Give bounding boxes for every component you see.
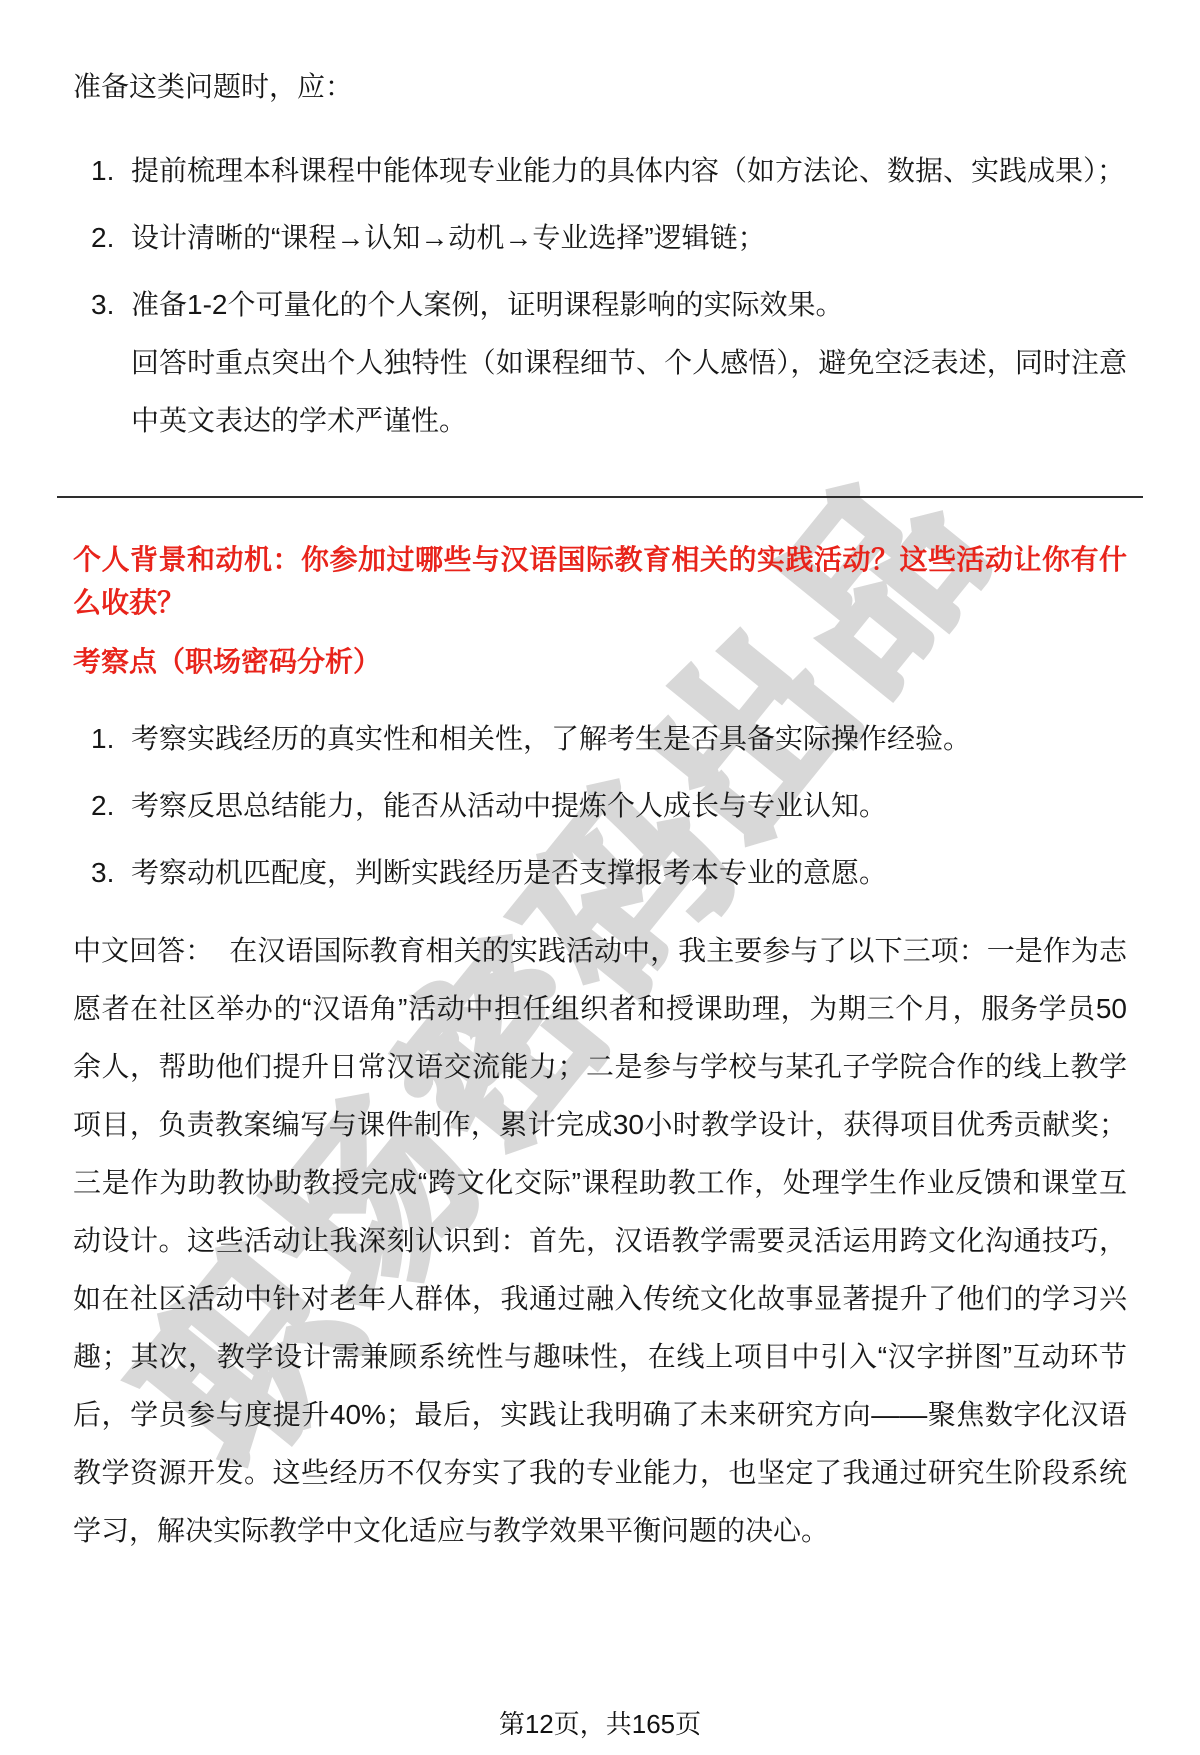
answer-paragraph: 中文回答：在汉语国际教育相关的实践活动中，我主要参与了以下三项：一是作为志愿者在… xyxy=(73,922,1127,1560)
item-text: 考察实践经历的真实性和相关性，了解考生是否具备实际操作经验。 xyxy=(131,710,1127,768)
exam-point-1: 1. 考察实践经历的真实性和相关性，了解考生是否具备实际操作经验。 xyxy=(73,710,1127,768)
prep-list-item-3: 3. 准备1-2个可量化的个人案例，证明课程影响的实际效果。 回答时重点突出个人… xyxy=(73,276,1127,450)
item-note: 回答时重点突出个人独特性（如课程细节、个人感悟），避免空泛表述，同时注意中英文表… xyxy=(131,334,1127,450)
page-number-footer: 第12页，共165页 xyxy=(0,1704,1200,1741)
item-text: 设计清晰的“课程→认知→动机→专业选择”逻辑链； xyxy=(131,209,1127,267)
section-divider xyxy=(57,496,1143,498)
exam-point-2: 2. 考察反思总结能力，能否从活动中提炼个人成长与专业认知。 xyxy=(73,777,1127,835)
item-number: 1. xyxy=(91,142,131,200)
item-text: 考察动机匹配度，判断实践经历是否支撑报考本专业的意愿。 xyxy=(131,844,1127,902)
item-number: 1. xyxy=(91,710,131,768)
item-text: 考察反思总结能力，能否从活动中提炼个人成长与专业认知。 xyxy=(131,777,1127,835)
prep-intro-text: 准备这类问题时，应： xyxy=(73,58,1127,116)
answer-text: 在汉语国际教育相关的实践活动中，我主要参与了以下三项：一是作为志愿者在社区举办的… xyxy=(73,935,1127,1546)
exam-points-list: 1. 考察实践经历的真实性和相关性，了解考生是否具备实际操作经验。 2. 考察反… xyxy=(73,710,1127,902)
item-number: 3. xyxy=(91,276,131,450)
question-title: 个人背景和动机：你参加过哪些与汉语国际教育相关的实践活动？这些活动让你有什么收获… xyxy=(73,538,1127,624)
item-number: 2. xyxy=(91,777,131,835)
exam-points-subtitle: 考察点（职场密码分析） xyxy=(73,644,1127,680)
item-number: 3. xyxy=(91,844,131,902)
prep-list-item-2: 2. 设计清晰的“课程→认知→动机→专业选择”逻辑链； xyxy=(73,209,1127,267)
item-text: 准备1-2个可量化的个人案例，证明课程影响的实际效果。 xyxy=(131,276,1127,334)
item-text: 提前梳理本科课程中能体现专业能力的具体内容（如方法论、数据、实践成果）； xyxy=(131,142,1127,200)
prep-list: 1. 提前梳理本科课程中能体现专业能力的具体内容（如方法论、数据、实践成果）； … xyxy=(73,142,1127,450)
item-number: 2. xyxy=(91,209,131,267)
prep-list-item-1: 1. 提前梳理本科课程中能体现专业能力的具体内容（如方法论、数据、实践成果）； xyxy=(73,142,1127,200)
document-page: { "page": { "watermark": "职场密码出品", "foot… xyxy=(0,0,1200,1755)
exam-point-3: 3. 考察动机匹配度，判断实践经历是否支撑报考本专业的意愿。 xyxy=(73,844,1127,902)
answer-label: 中文回答： xyxy=(73,935,213,966)
page-content: 准备这类问题时，应： 1. 提前梳理本科课程中能体现专业能力的具体内容（如方法论… xyxy=(0,0,1200,1560)
